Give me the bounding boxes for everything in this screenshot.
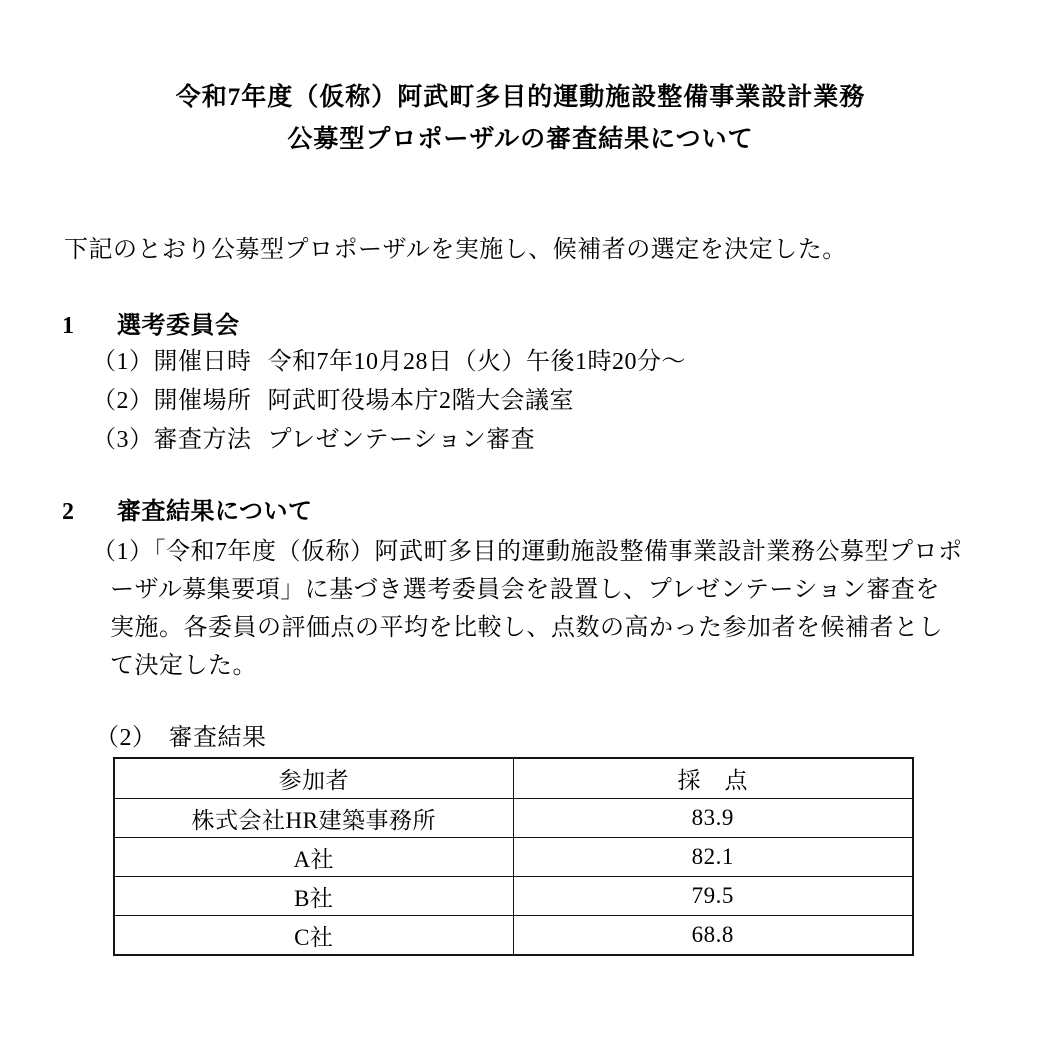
review-result-subheading: （2）審査結果 bbox=[95, 723, 267, 753]
document-title-line2: 公募型プロポーザルの審査結果について bbox=[0, 124, 1041, 156]
list-item-method: （3）審査方法プレゼンテーション審査 bbox=[92, 425, 535, 455]
item3-value: プレゼンテーション審査 bbox=[268, 427, 536, 453]
item1-label: 開催日時 bbox=[154, 349, 252, 375]
list-item-datetime: （1）開催日時令和7年10月28日（火）午後1時20分～ bbox=[92, 347, 686, 377]
participant-score: 68.8 bbox=[513, 916, 913, 956]
participant-score: 83.9 bbox=[513, 799, 913, 838]
section1-number: 1 bbox=[62, 311, 117, 341]
item2-label: 開催場所 bbox=[154, 388, 252, 414]
document-page: 令和7年度（仮称）阿武町多目的運動施設整備事業設計業務 公募型プロポーザルの審査… bbox=[0, 0, 1041, 1061]
table-row: B社 79.5 bbox=[114, 877, 913, 916]
review-description-paragraph: （1）「令和7年度（仮称）阿武町多目的運動施設整備事業設計業務公募型プロポ ーザ… bbox=[110, 533, 1000, 685]
section1-title: 選考委員会 bbox=[117, 313, 240, 339]
participant-name: 株式会社HR建築事務所 bbox=[114, 799, 513, 838]
participant-score: 79.5 bbox=[513, 877, 913, 916]
header-participant: 参加者 bbox=[114, 758, 513, 799]
participant-name: B社 bbox=[114, 877, 513, 916]
subheading-marker: （2） bbox=[95, 725, 157, 751]
document-title-line1: 令和7年度（仮称）阿武町多目的運動施設整備事業設計業務 bbox=[0, 82, 1041, 114]
participant-name: A社 bbox=[114, 838, 513, 877]
item3-label: 審査方法 bbox=[154, 427, 252, 453]
section2-heading: 2審査結果について bbox=[62, 497, 313, 527]
item3-marker: （3） bbox=[92, 427, 154, 453]
item1-marker: （1） bbox=[92, 349, 154, 375]
item2-value: 阿武町役場本庁2階大会議室 bbox=[268, 388, 575, 414]
section2-title: 審査結果について bbox=[117, 499, 313, 525]
table-row: C社 68.8 bbox=[114, 916, 913, 956]
subheading-label: 審査結果 bbox=[169, 725, 267, 751]
score-table: 参加者 採 点 株式会社HR建築事務所 83.9 A社 82.1 B社 79.5… bbox=[113, 757, 914, 956]
participant-name: C社 bbox=[114, 916, 513, 956]
participant-score: 82.1 bbox=[513, 838, 913, 877]
table-row: A社 82.1 bbox=[114, 838, 913, 877]
item1-value: 令和7年10月28日（火）午後1時20分～ bbox=[268, 349, 687, 375]
section1-heading: 1選考委員会 bbox=[62, 311, 240, 341]
item2-marker: （2） bbox=[92, 388, 154, 414]
table-header-row: 参加者 採 点 bbox=[114, 758, 913, 799]
table-row: 株式会社HR建築事務所 83.9 bbox=[114, 799, 913, 838]
section2-number: 2 bbox=[62, 497, 117, 527]
intro-paragraph: 下記のとおり公募型プロポーザルを実施し、候補者の選定を決定した。 bbox=[64, 234, 847, 266]
header-score: 採 点 bbox=[513, 758, 913, 799]
list-item-place: （2）開催場所阿武町役場本庁2階大会議室 bbox=[92, 386, 574, 416]
